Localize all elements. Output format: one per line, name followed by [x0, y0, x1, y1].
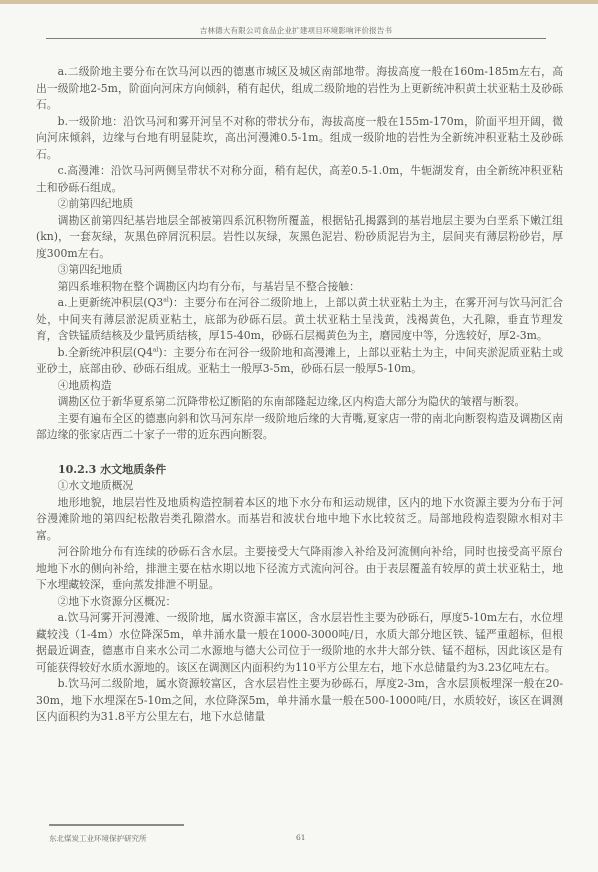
paragraph: 河谷阶地分布有连续的砂砾石含水层。主要接受大气降雨渗入补给及河流侧向补给，同时也… — [36, 544, 563, 594]
footer-rule — [49, 824, 184, 826]
paragraph: b.全新统冲积层(Q4al)：主要分布在河谷一级阶地和高漫滩上，上部以亚粘土为主… — [36, 345, 563, 378]
running-header: 吉林德大有限公司食品企业扩建项目环境影响评价报告书 — [46, 25, 546, 36]
paragraph-prefix: b.全新统冲积层(Q4 — [58, 346, 153, 359]
header-rule — [46, 38, 546, 39]
subheading: ②前第四纪地质 — [36, 196, 563, 213]
subheading: ①水文地质概况 — [36, 478, 563, 495]
paragraph: b.饮马河二级阶地，属水资源较富区，含水层岩性主要为砂砾石，厚度2-3m，含水层… — [36, 676, 563, 726]
subheading: ④地质构造 — [36, 378, 563, 395]
page-number: 61 — [296, 833, 306, 842]
paragraph: a.二级阶地主要分布在饮马河以西的德惠市城区及城区南部地带。海拔高度一般在160… — [36, 64, 563, 114]
paragraph: a.饮马河雾开河漫滩、一级阶地，属水资源丰富区，含水层岩性主要为砂砾石，厚度5-… — [36, 610, 563, 676]
document-body: a.二级阶地主要分布在饮马河以西的德惠市城区及城区南部地带。海拔高度一般在160… — [36, 64, 563, 726]
paragraph: 主要有遍布全区的德惠向斜和饮马河东岸一级阶地后缘的大青嘴,夏家店一带的南北向断裂… — [36, 411, 563, 444]
paragraph: c.高漫滩：沿饮马河两侧呈带状不对称分面，稍有起伏，高差0.5-1.0m，牛轭湖… — [36, 163, 563, 196]
paragraph: 地形地貌，地层岩性及地质构造控制着本区的地下水分布和运动规律，区内的地下水资源主… — [36, 495, 563, 545]
paragraph: 调勘区位于新华夏系第二沉降带松辽断陷的东南部隆起边缘,区内构造大部分为隐伏的皱褶… — [36, 394, 563, 411]
paragraph: a.上更新统冲积层(Q3al)：主要分布在河谷二级阶地上，上部以黄土状亚粘土为主… — [36, 295, 563, 345]
paragraph: b.一级阶地：沿饮马河和雾开河呈不对称的带状分布，海拔高度一般在155m-170… — [36, 114, 563, 164]
footer-organization: 东北煤炭工业环境保护研究所 — [49, 833, 147, 844]
subheading: ②地下水资源分区概况： — [36, 594, 563, 611]
paragraph-prefix: a.上更新统冲积层(Q3 — [58, 296, 164, 309]
paragraph: 调勘区前第四纪基岩地层全部被第四系沉积物所覆盖，根据钻孔揭露到的基岩地层主要为白… — [36, 213, 563, 263]
paragraph: 第四系堆积物在整个调勘区内均有分布，与基岩呈不整合接触： — [36, 279, 563, 296]
subheading: ③第四纪地质 — [36, 262, 563, 279]
section-heading: 10.2.3 水文地质条件 — [36, 462, 563, 479]
